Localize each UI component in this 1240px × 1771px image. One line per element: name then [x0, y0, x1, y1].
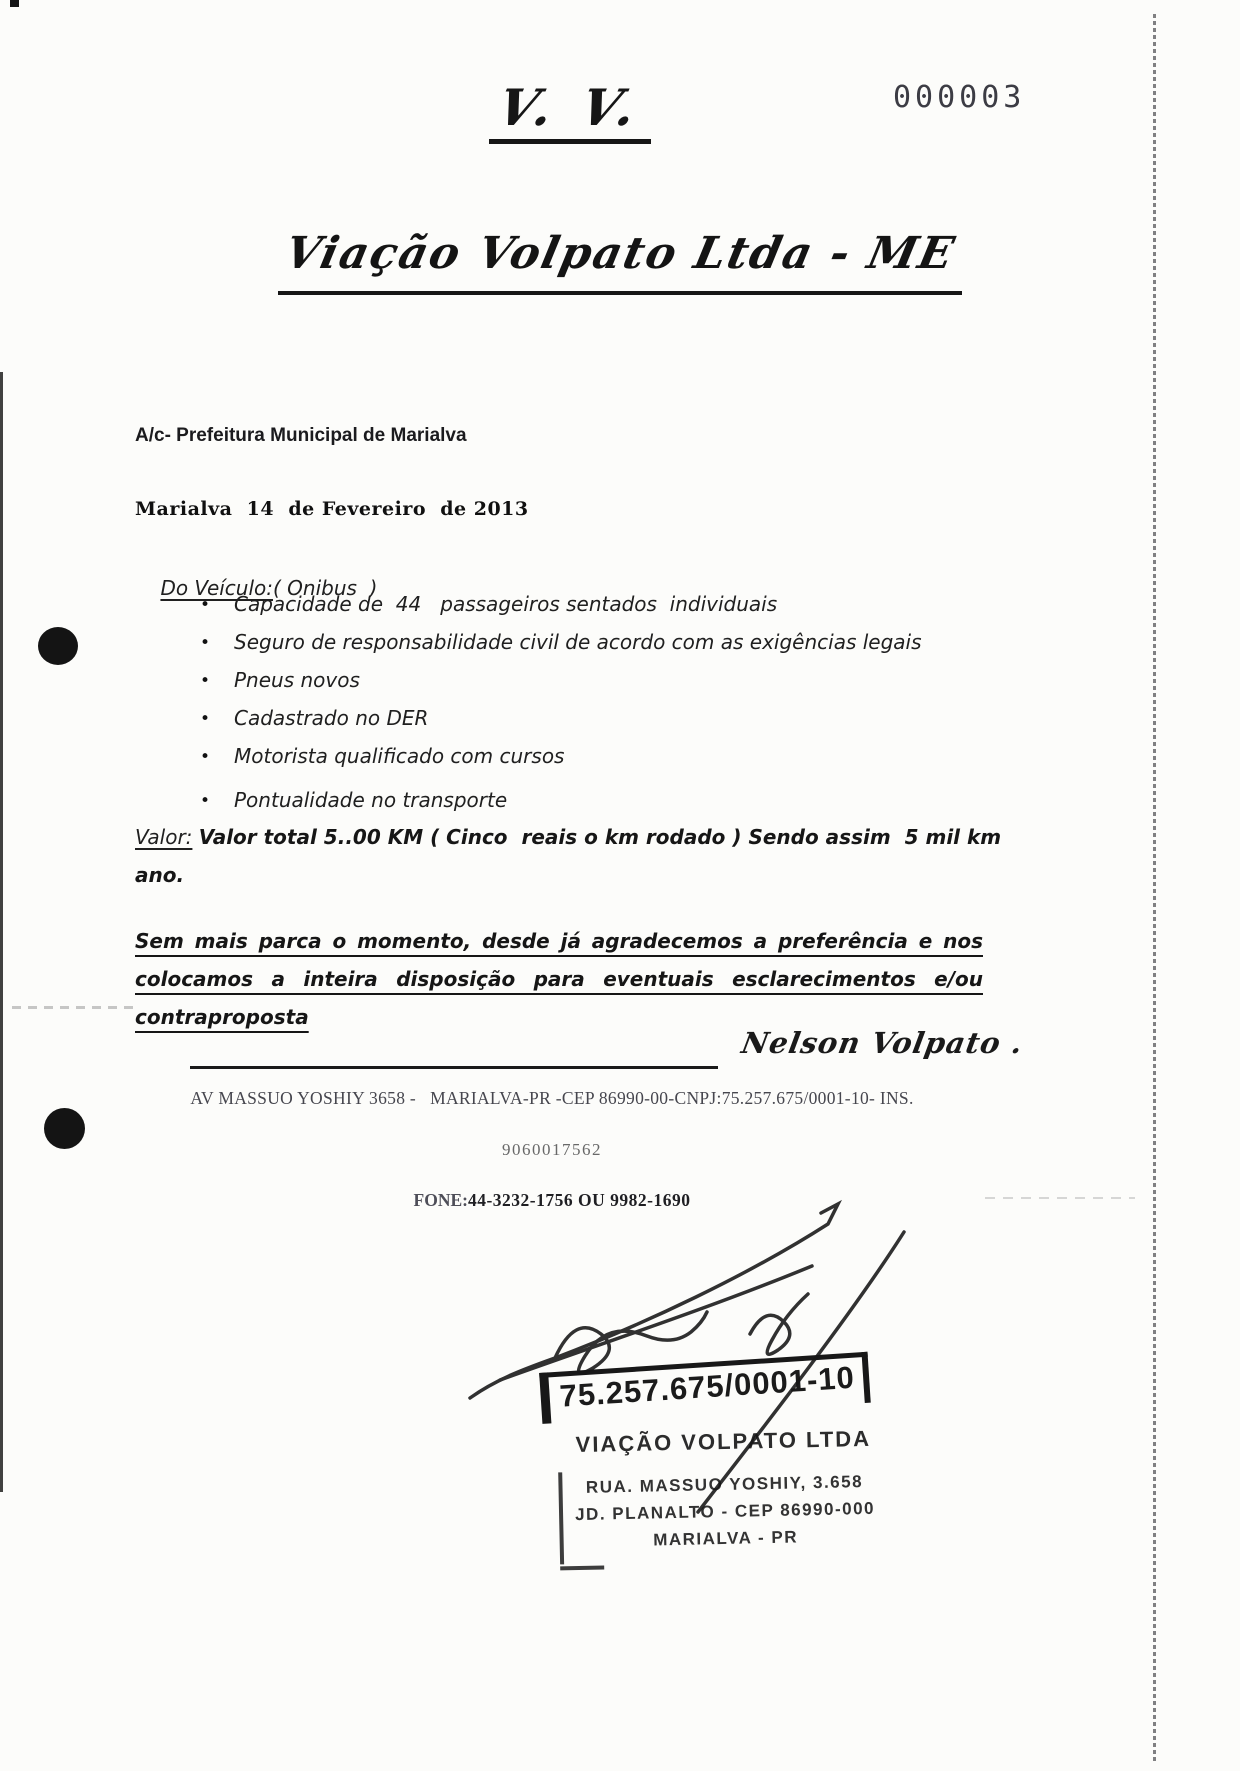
recipient-line: A/c- Prefeitura Municipal de Marialva [135, 425, 467, 447]
list-item-text: Pontualidade no transporte [234, 788, 507, 812]
list-item-text: Pneus novos [234, 668, 360, 692]
list-item-text: Cadastrado no DER [234, 706, 428, 730]
list-item-text: Motorista qualificado com cursos [234, 744, 564, 768]
bullet-icon: • [200, 630, 234, 656]
list-item-text: Seguro de responsabilidade civil de acor… [234, 630, 922, 654]
signature-rule [190, 1066, 718, 1069]
scan-corner-mark [10, 0, 19, 7]
list-item: • Pontualidade no transporte [200, 788, 1100, 826]
letterhead-text: Viação Volpato Ltda - ME [280, 228, 960, 279]
price-section: Valor: Valor total 5..00 KM ( Cinco reai… [135, 825, 1055, 887]
price-text-continued: ano. [135, 863, 184, 887]
bullet-icon: • [200, 668, 234, 694]
list-item: • Seguro de responsabilidade civil de ac… [200, 630, 1100, 668]
closing-line: Sem mais parca o momento, desde já agrad… [135, 922, 983, 960]
monogram-text: V. V. [491, 78, 648, 137]
scan-left-edge-line [0, 372, 3, 1492]
price-text: Valor total 5..00 KM ( Cinco reais o km … [199, 825, 1001, 849]
signature-name-text: Nelson Volpato . [739, 1026, 1026, 1060]
handwritten-signature-scrawl [460, 1192, 940, 1532]
list-item: • Pneus novos [200, 668, 1100, 706]
vehicle-spec-list: • Capacidade de 44 passageiros sentados … [200, 592, 1100, 826]
list-item: • Cadastrado no DER [200, 706, 1100, 744]
scanned-letter-page: V. V. 000003 Viação Volpato Ltda - ME A/… [0, 0, 1240, 1771]
bullet-icon: • [200, 788, 234, 814]
letterhead-title: Viação Volpato Ltda - ME [140, 228, 1100, 295]
footer-address: AV MASSUO YOSHIY 3658 - MARIALVA-PR -CEP… [0, 1088, 1104, 1109]
bullet-icon: • [200, 744, 234, 770]
hole-punch-top [38, 627, 78, 665]
date-line: Marialva 14 de Fevereiro de 2013 [135, 498, 529, 520]
page-number-stamp: 000003 [893, 80, 1025, 115]
company-monogram: V. V. [430, 78, 710, 144]
bullet-icon: • [200, 592, 234, 618]
footer-ins-number: 9060017562 [0, 1140, 1104, 1160]
list-item-text: Capacidade de 44 passageiros sentados in… [234, 592, 777, 616]
price-label: Valor: [135, 825, 192, 849]
bullet-icon: • [200, 706, 234, 732]
list-item: • Capacidade de 44 passageiros sentados … [200, 592, 1100, 630]
closing-line: colocamos a inteira disposição para even… [135, 960, 983, 998]
closing-line: contraproposta [135, 998, 309, 1036]
list-item: • Motorista qualificado com cursos [200, 744, 1100, 788]
signature-name: Nelson Volpato . [742, 1026, 1023, 1060]
scan-right-microtext-stripe [1153, 14, 1156, 1764]
closing-paragraph: Sem mais parca o momento, desde já agrad… [135, 922, 983, 1036]
pencil-dash-artifact [12, 1006, 134, 1009]
